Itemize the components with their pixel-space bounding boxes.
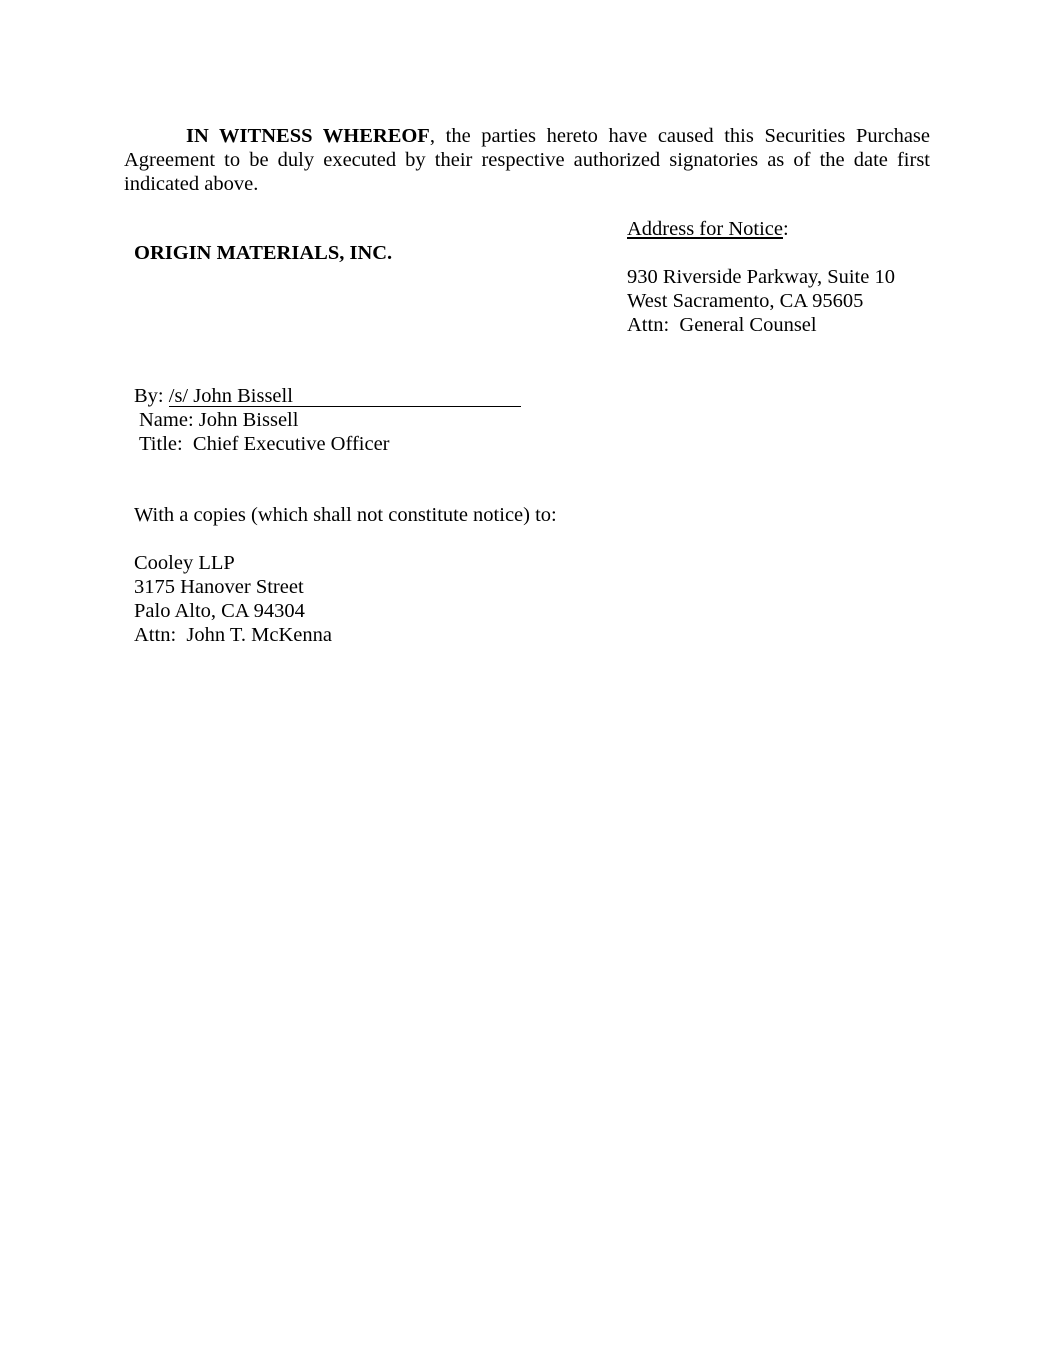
signatory-title: Title: Chief Executive Officer bbox=[139, 432, 390, 456]
copies-line-4: Attn: John T. McKenna bbox=[134, 623, 332, 647]
witness-lead: IN WITNESS WHEREOF bbox=[186, 125, 430, 147]
notice-heading-line: Address for Notice: bbox=[627, 217, 789, 241]
notice-heading-suffix: : bbox=[783, 218, 789, 240]
by-label: By: bbox=[134, 385, 169, 407]
signature: /s/ John Bissell bbox=[169, 386, 521, 407]
notice-line-1: 930 Riverside Parkway, Suite 10 bbox=[627, 265, 895, 289]
witness-paragraph: IN WITNESS WHEREOF, the parties hereto h… bbox=[124, 124, 930, 196]
company-name: ORIGIN MATERIALS, INC. bbox=[134, 241, 392, 265]
copies-line-2: 3175 Hanover Street bbox=[134, 575, 304, 599]
copies-line-1: Cooley LLP bbox=[134, 551, 235, 575]
notice-line-3: Attn: General Counsel bbox=[627, 313, 817, 337]
signatory-name: Name: John Bissell bbox=[139, 408, 298, 432]
signature-line: By: /s/ John Bissell bbox=[134, 384, 521, 408]
copies-intro: With a copies (which shall not constitut… bbox=[134, 503, 557, 527]
notice-heading: Address for Notice bbox=[627, 218, 783, 240]
copies-line-3: Palo Alto, CA 94304 bbox=[134, 599, 305, 623]
notice-line-2: West Sacramento, CA 95605 bbox=[627, 289, 863, 313]
